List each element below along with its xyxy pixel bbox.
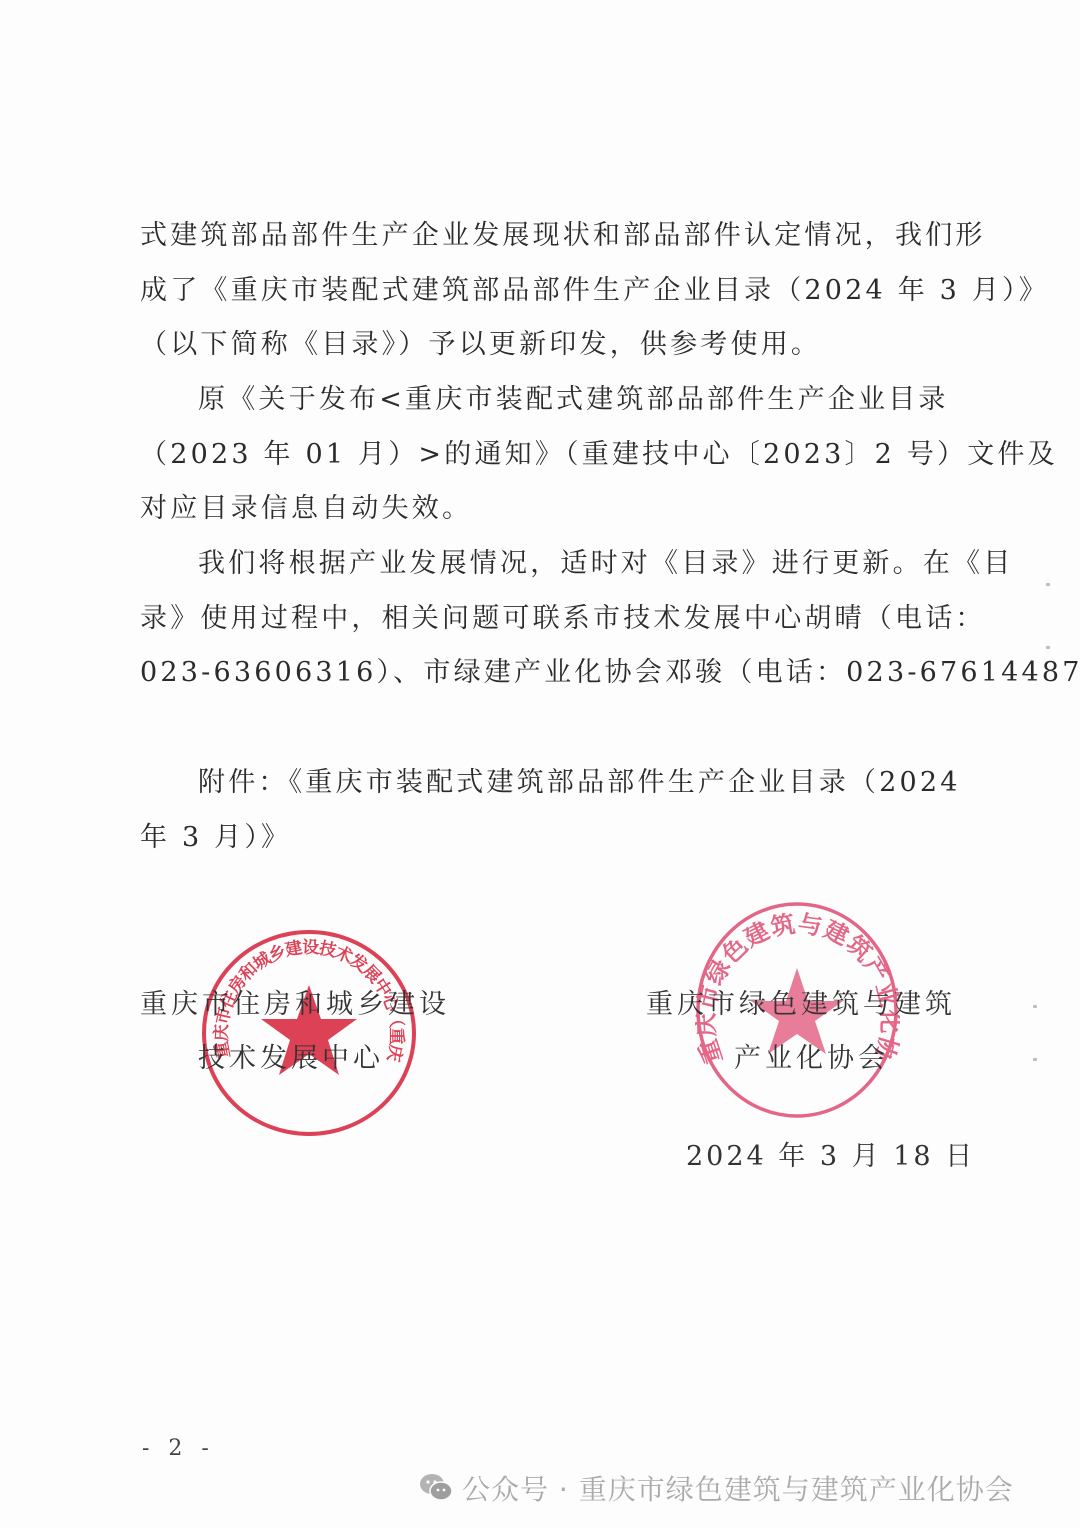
signature-right: 重庆市绿色建筑与建筑 产业化协会	[646, 978, 956, 1086]
text-line: 录》使用过程中，相关问题可联系市技术发展中心胡晴（电话：	[140, 592, 940, 647]
text-line: （以下简称《目录》）予以更新印发，供参考使用。	[140, 318, 940, 373]
signature-org-line1: 重庆市绿色建筑与建筑	[646, 978, 956, 1032]
paragraph-2: 原《关于发布<重庆市装配式建筑部品部件生产企业目录 （2023 年 01 月）>…	[140, 373, 940, 537]
text-line: 原《关于发布<重庆市装配式建筑部品部件生产企业目录	[140, 373, 940, 428]
text-line: 年 3 月）》	[140, 811, 940, 866]
scan-speck	[1033, 1058, 1037, 1061]
signature-org-line2: 产业化协会	[646, 1032, 956, 1086]
signature-left: 重庆市住房和城乡建设 技术发展中心	[140, 978, 450, 1086]
text-line: 023-63606316）、市绿建产业化协会邓骏（电话：023-67614487…	[140, 646, 940, 701]
issue-date: 2024 年 3 月 18 日	[686, 1134, 975, 1173]
scan-speck	[1033, 1005, 1037, 1008]
watermark: 公众号 · 重庆市绿色建筑与建筑产业化协会	[418, 1468, 1014, 1508]
wechat-icon	[418, 1472, 454, 1504]
scan-speck	[1046, 583, 1050, 586]
text-line: 我们将根据产业发展情况，适时对《目录》进行更新。在《目	[140, 537, 940, 592]
paragraph-3: 我们将根据产业发展情况，适时对《目录》进行更新。在《目 录》使用过程中，相关问题…	[140, 537, 940, 701]
attachment-note: 附件：《重庆市装配式建筑部品部件生产企业目录（2024 年 3 月）》	[140, 756, 940, 865]
signature-org-line2: 技术发展中心	[140, 1032, 450, 1086]
text-line: 成了《重庆市装配式建筑部品部件生产企业目录（2024 年 3 月）》	[140, 264, 940, 319]
document-page: 式建筑部品部件生产企业发展现状和部品部件认定情况，我们形 成了《重庆市装配式建筑…	[0, 0, 1080, 1528]
signature-org-line1: 重庆市住房和城乡建设	[140, 978, 450, 1032]
text-line: （2023 年 01 月）>的通知》（重建技中心〔2023〕2 号）文件及	[140, 428, 940, 483]
scan-speck	[1046, 646, 1050, 649]
page-number: - 2 -	[142, 1436, 215, 1461]
text-line: 对应目录信息自动失效。	[140, 482, 940, 537]
text-line: 式建筑部品部件生产企业发展现状和部品部件认定情况，我们形	[140, 209, 940, 264]
paragraph-1: 式建筑部品部件生产企业发展现状和部品部件认定情况，我们形 成了《重庆市装配式建筑…	[140, 209, 940, 373]
text-line: 附件：《重庆市装配式建筑部品部件生产企业目录（2024	[140, 756, 940, 811]
watermark-text: 公众号 · 重庆市绿色建筑与建筑产业化协会	[462, 1468, 1014, 1508]
